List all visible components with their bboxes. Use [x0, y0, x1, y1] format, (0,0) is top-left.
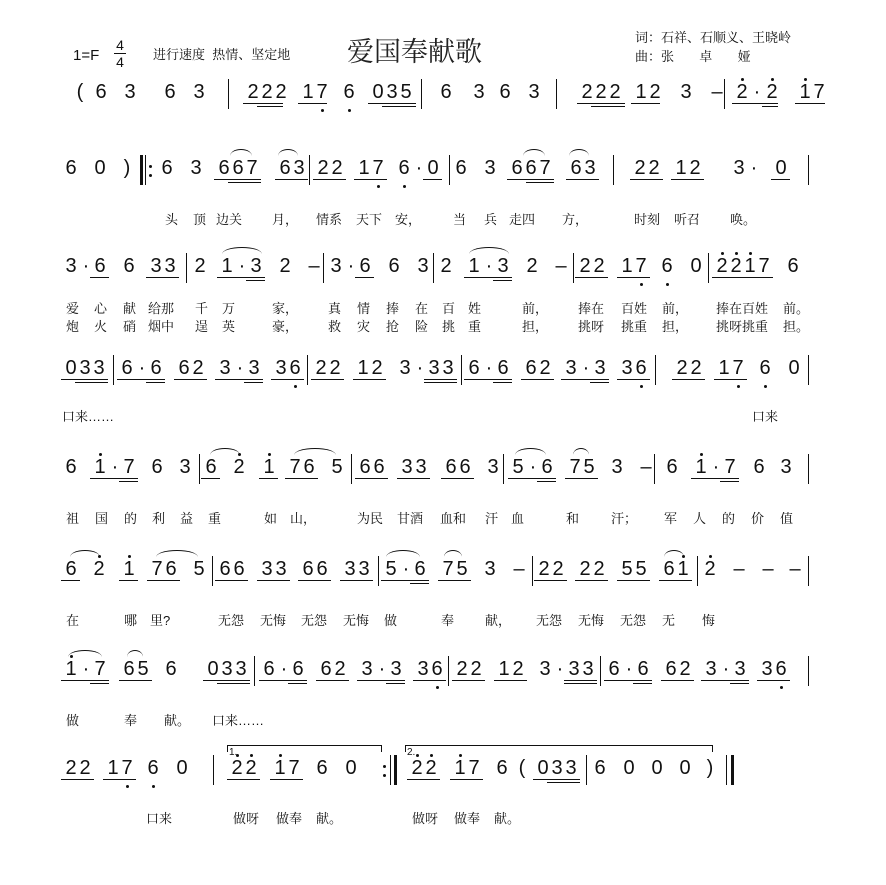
barline	[433, 253, 434, 283]
note: 3	[496, 256, 510, 276]
note: 6	[163, 82, 177, 102]
note: 3	[483, 158, 497, 178]
lyric: 听召	[674, 213, 700, 227]
lyric: 汗	[485, 512, 498, 526]
note: 3	[414, 457, 428, 477]
lyric: 百	[442, 302, 455, 316]
note: –	[710, 82, 724, 102]
note: 3	[550, 758, 564, 778]
note: 1	[453, 758, 467, 778]
note: 0	[426, 158, 440, 178]
lyric: 挑	[442, 320, 455, 334]
barline	[586, 755, 587, 785]
note: 7	[757, 256, 771, 276]
underline-sixteenth	[730, 683, 749, 684]
underline-sixteenth	[119, 481, 138, 482]
note: 7	[245, 158, 259, 178]
note: ·	[719, 659, 733, 679]
underline-sixteenth	[762, 106, 778, 107]
lyric: 捧在百姓	[716, 302, 768, 316]
note: 6	[758, 358, 772, 378]
lyric: 人	[693, 512, 706, 526]
lyric: 口来	[752, 410, 778, 424]
note: 3	[416, 256, 430, 276]
slur	[70, 550, 100, 557]
underline-eighth	[671, 179, 704, 180]
note: 3	[564, 358, 578, 378]
note: 6	[358, 457, 372, 477]
note: 6	[315, 559, 329, 579]
lyricist: 词：石祥、石顺义、王晓岭	[635, 28, 791, 47]
lyric: 炮	[66, 320, 79, 334]
underline-sixteenth	[146, 382, 165, 383]
lyric: 情	[357, 302, 370, 316]
underline-eighth	[215, 580, 248, 581]
barline	[199, 454, 200, 484]
lyric: 军	[664, 512, 677, 526]
note: 2	[735, 82, 749, 102]
note: 3	[163, 256, 177, 276]
note: 7	[812, 82, 826, 102]
lyric: 在	[415, 302, 428, 316]
note: 6	[664, 659, 678, 679]
note: 2	[689, 358, 703, 378]
note: 6	[302, 457, 316, 477]
underline-eighth	[275, 179, 308, 180]
lyric: 边关	[216, 213, 242, 227]
lyric: 唤。	[730, 213, 756, 227]
lyric: 月，	[272, 213, 298, 227]
lyric: 口来……	[212, 714, 264, 728]
note: ·	[482, 358, 496, 378]
underline-eighth	[298, 580, 331, 581]
note: (	[73, 82, 87, 102]
barline	[654, 454, 655, 484]
underline-eighth	[564, 680, 597, 681]
underline-sixteenth	[547, 782, 580, 783]
note: 3	[192, 82, 206, 102]
octave-dot-below	[640, 385, 643, 388]
underline-eighth	[340, 580, 373, 581]
slur	[573, 448, 589, 455]
note: 3	[123, 82, 137, 102]
lyric: 万	[222, 302, 235, 316]
lyric: 百姓	[621, 302, 647, 316]
lyric: 头	[165, 213, 178, 227]
note: 3	[581, 659, 595, 679]
note: 2	[232, 457, 246, 477]
repeat-dot	[149, 174, 152, 177]
note: 1	[743, 256, 757, 276]
octave-dot-below	[666, 283, 669, 286]
note: 3	[416, 659, 430, 679]
underline-eighth	[217, 277, 265, 278]
lyric: 硝	[123, 320, 136, 334]
underline-eighth	[90, 478, 138, 479]
underline-eighth	[508, 478, 556, 479]
note: ·	[622, 659, 636, 679]
lyric: 汗；	[611, 512, 637, 526]
underline-eighth	[464, 379, 512, 380]
note: ·	[233, 358, 247, 378]
slur	[569, 149, 589, 156]
note: 2	[92, 559, 106, 579]
lyric: 灾	[357, 320, 370, 334]
lyric: 益	[180, 512, 193, 526]
lyric: 献	[123, 302, 136, 316]
note: 6	[217, 158, 231, 178]
underline-sixteenth	[564, 683, 597, 684]
note: 2	[455, 659, 469, 679]
octave-dot-above	[459, 754, 462, 757]
note: 6	[524, 358, 538, 378]
underline-eighth	[61, 680, 109, 681]
note: 6	[387, 256, 401, 276]
note: 3	[704, 659, 718, 679]
note: 3	[178, 457, 192, 477]
lyric: 献。	[316, 812, 342, 826]
note: 2	[678, 659, 692, 679]
lyric: 的	[124, 512, 137, 526]
note: 7	[568, 457, 582, 477]
note: 6	[164, 559, 178, 579]
note: 5	[330, 457, 344, 477]
barline	[323, 253, 324, 283]
note: 3	[92, 358, 106, 378]
octave-dot-below	[294, 385, 297, 388]
note: 6	[569, 158, 583, 178]
note: 2	[525, 256, 539, 276]
octave-dot-below	[737, 385, 740, 388]
note: 6	[262, 659, 276, 679]
lyric: 兵	[484, 213, 497, 227]
lyric: 担，	[662, 320, 688, 334]
note: 3	[64, 256, 78, 276]
barline	[808, 155, 809, 185]
repeat-dot	[383, 765, 386, 768]
note: 3	[567, 659, 581, 679]
note: 6	[660, 256, 674, 276]
barline	[186, 253, 187, 283]
note: –	[732, 559, 746, 579]
note: 3	[274, 559, 288, 579]
note: 6	[752, 457, 766, 477]
note: ·	[412, 158, 426, 178]
note: 2	[330, 158, 344, 178]
lyric: 价	[751, 512, 764, 526]
note: 2	[333, 659, 347, 679]
note: 2	[578, 256, 592, 276]
lyric: 天下	[356, 213, 382, 227]
lyric: 情系	[316, 213, 342, 227]
underline-sixteenth	[633, 683, 652, 684]
note: 3	[398, 358, 412, 378]
lyric: 救	[328, 320, 341, 334]
note: 1	[717, 358, 731, 378]
note: 0	[344, 758, 358, 778]
note: 7	[287, 758, 301, 778]
note: 7	[315, 82, 329, 102]
lyric: 里?	[150, 614, 170, 628]
underline-eighth	[565, 478, 598, 479]
octave-dot-below	[152, 785, 155, 788]
lyric: 和	[566, 512, 579, 526]
note: 1	[64, 659, 78, 679]
lyric: 姓	[468, 302, 481, 316]
lyric: 的	[722, 512, 735, 526]
octave-dot-above	[741, 78, 744, 81]
note: 1	[301, 82, 315, 102]
lyric: 血和	[440, 512, 466, 526]
lyric: 哪	[124, 614, 137, 628]
underline-eighth	[494, 680, 527, 681]
repeat-start-thick	[140, 155, 143, 185]
lyric: 值	[780, 512, 793, 526]
note: 3	[149, 256, 163, 276]
octave-dot-below	[126, 785, 129, 788]
note: 0	[689, 256, 703, 276]
note: 2	[592, 559, 606, 579]
lyric: 时刻	[634, 213, 660, 227]
note: 1	[694, 457, 708, 477]
slur	[278, 149, 298, 156]
note: 2	[765, 82, 779, 102]
note: 6	[64, 457, 78, 477]
note: 3	[389, 659, 403, 679]
note: 2	[316, 158, 330, 178]
note: 5	[634, 559, 648, 579]
lyric: 做	[384, 614, 397, 628]
underline-sixteenth	[228, 182, 261, 183]
slur	[523, 149, 545, 156]
underline-eighth	[355, 277, 374, 278]
underline-eighth	[313, 179, 346, 180]
note: 2	[608, 82, 622, 102]
note: 1	[357, 158, 371, 178]
slur	[664, 550, 684, 557]
lyric: 血	[511, 512, 524, 526]
lyric: 甘酒	[397, 512, 423, 526]
note: 0	[536, 758, 550, 778]
underline-eighth	[215, 379, 263, 380]
note: 6	[372, 457, 386, 477]
note: 1	[356, 358, 370, 378]
lyric: 方，	[562, 213, 588, 227]
slur	[469, 247, 509, 254]
note: 3	[679, 82, 693, 102]
note: ·	[526, 457, 540, 477]
note: 1	[467, 256, 481, 276]
underline-eighth	[61, 379, 108, 380]
lyric: 前。	[783, 302, 809, 316]
lyric: 家，	[272, 302, 298, 316]
barline	[254, 656, 255, 686]
note: 5	[136, 659, 150, 679]
note: 2	[688, 158, 702, 178]
note: –	[554, 256, 568, 276]
lyric: 心	[94, 302, 107, 316]
underline-eighth	[243, 103, 283, 104]
underline-eighth	[355, 478, 388, 479]
note: 0	[206, 659, 220, 679]
underline-eighth	[203, 680, 250, 681]
barline	[708, 253, 709, 283]
note: ·	[413, 358, 427, 378]
note: 3	[779, 457, 793, 477]
note: 6	[160, 158, 174, 178]
note: ·	[482, 256, 496, 276]
note: 6	[122, 659, 136, 679]
note: 3	[357, 559, 371, 579]
note: 2	[647, 158, 661, 178]
note: ·	[709, 457, 723, 477]
underline-eighth	[566, 179, 599, 180]
note: 5	[511, 457, 525, 477]
note: 3	[610, 457, 624, 477]
repeat-end-thin	[390, 755, 391, 785]
lyric: 挑呀	[578, 320, 604, 334]
key-signature: 1=F	[73, 47, 99, 64]
note: 6	[94, 82, 108, 102]
note: 3	[329, 256, 343, 276]
note: 3	[427, 358, 441, 378]
underline-eighth	[147, 580, 180, 581]
underline-eighth	[353, 379, 386, 380]
note: 7	[150, 559, 164, 579]
note: 2	[729, 256, 743, 276]
lyric: 祖	[66, 512, 79, 526]
note: 3	[483, 559, 497, 579]
note: 5	[455, 559, 469, 579]
barline	[655, 355, 656, 385]
barline	[556, 79, 557, 109]
note: 2	[314, 358, 328, 378]
underline-eighth	[701, 680, 749, 681]
underline-eighth	[661, 680, 694, 681]
lyric: 前，	[522, 302, 548, 316]
barline	[212, 556, 213, 586]
note: 6	[319, 659, 333, 679]
underline-eighth	[117, 379, 165, 380]
barline	[808, 556, 809, 586]
note: 6	[122, 256, 136, 276]
note: 5	[582, 457, 596, 477]
note: 3	[472, 82, 486, 102]
note: 6	[634, 358, 648, 378]
note: 6	[64, 559, 78, 579]
note: 0	[650, 758, 664, 778]
note: 6	[510, 158, 524, 178]
lyric: 无怨	[218, 614, 244, 628]
note: 7	[538, 158, 552, 178]
lyric: 安，	[395, 213, 421, 227]
note: 2	[439, 256, 453, 276]
octave-dot-above	[128, 555, 131, 558]
underline-eighth	[561, 379, 609, 380]
underline-eighth	[397, 478, 430, 479]
underline-eighth	[381, 580, 429, 581]
underline-sixteenth	[90, 683, 109, 684]
note: 2	[230, 758, 244, 778]
barline	[613, 155, 614, 185]
note: 3	[247, 358, 261, 378]
time-sig-top: 4	[116, 37, 124, 53]
lyric: 当	[453, 213, 466, 227]
underline-sixteenth	[246, 280, 265, 281]
octave-dot-below	[321, 109, 324, 112]
note: 6	[150, 457, 164, 477]
note: 7	[731, 358, 745, 378]
note: 6	[430, 659, 444, 679]
note: 6	[496, 358, 510, 378]
note: 6	[315, 758, 329, 778]
slur	[68, 650, 102, 657]
lyric: 做奉	[454, 812, 480, 826]
note: 2	[537, 559, 551, 579]
note: 6	[444, 457, 458, 477]
underline-sixteenth	[382, 106, 416, 107]
note: 5	[384, 559, 398, 579]
note: 7	[467, 758, 481, 778]
lyric: 爱	[66, 302, 79, 316]
note: –	[639, 457, 653, 477]
lyric: 无怨	[301, 614, 327, 628]
note: 2	[191, 358, 205, 378]
tempo-marking: 进行速度 热情、坚定地	[153, 44, 290, 63]
underline-sixteenth	[537, 481, 556, 482]
barline	[378, 556, 379, 586]
note: 2	[64, 758, 78, 778]
note: 3	[189, 158, 203, 178]
underline-eighth	[61, 779, 94, 780]
lyric: 捧在	[578, 302, 604, 316]
lyric: 前，	[662, 302, 688, 316]
note: 1	[122, 559, 136, 579]
underline-eighth	[146, 277, 179, 278]
note: 2	[328, 358, 342, 378]
barline	[448, 656, 449, 686]
octave-dot-above	[749, 252, 752, 255]
note: 3	[760, 659, 774, 679]
note: 5	[620, 559, 634, 579]
note: 2	[511, 659, 525, 679]
note: 6	[454, 158, 468, 178]
repeat-dot	[149, 165, 152, 168]
lyric: 在	[66, 614, 79, 628]
note: 6	[278, 158, 292, 178]
lyric: 奉	[124, 714, 137, 728]
slur	[210, 448, 240, 455]
underline-eighth	[507, 179, 554, 180]
note: 3	[78, 358, 92, 378]
underline-eighth	[103, 779, 136, 780]
underline-eighth	[577, 103, 625, 104]
note: 3	[234, 659, 248, 679]
note: 0	[774, 158, 788, 178]
slur	[386, 550, 420, 557]
note: 1	[262, 457, 276, 477]
note: 6	[204, 457, 218, 477]
underline-eighth	[732, 103, 778, 104]
underline-eighth	[90, 277, 109, 278]
underline-eighth	[368, 103, 416, 104]
slur	[444, 550, 462, 557]
lyric: 担。	[783, 320, 809, 334]
barline	[113, 355, 114, 385]
note: 6	[342, 82, 356, 102]
note: 6	[593, 758, 607, 778]
underline-eighth	[795, 103, 825, 104]
